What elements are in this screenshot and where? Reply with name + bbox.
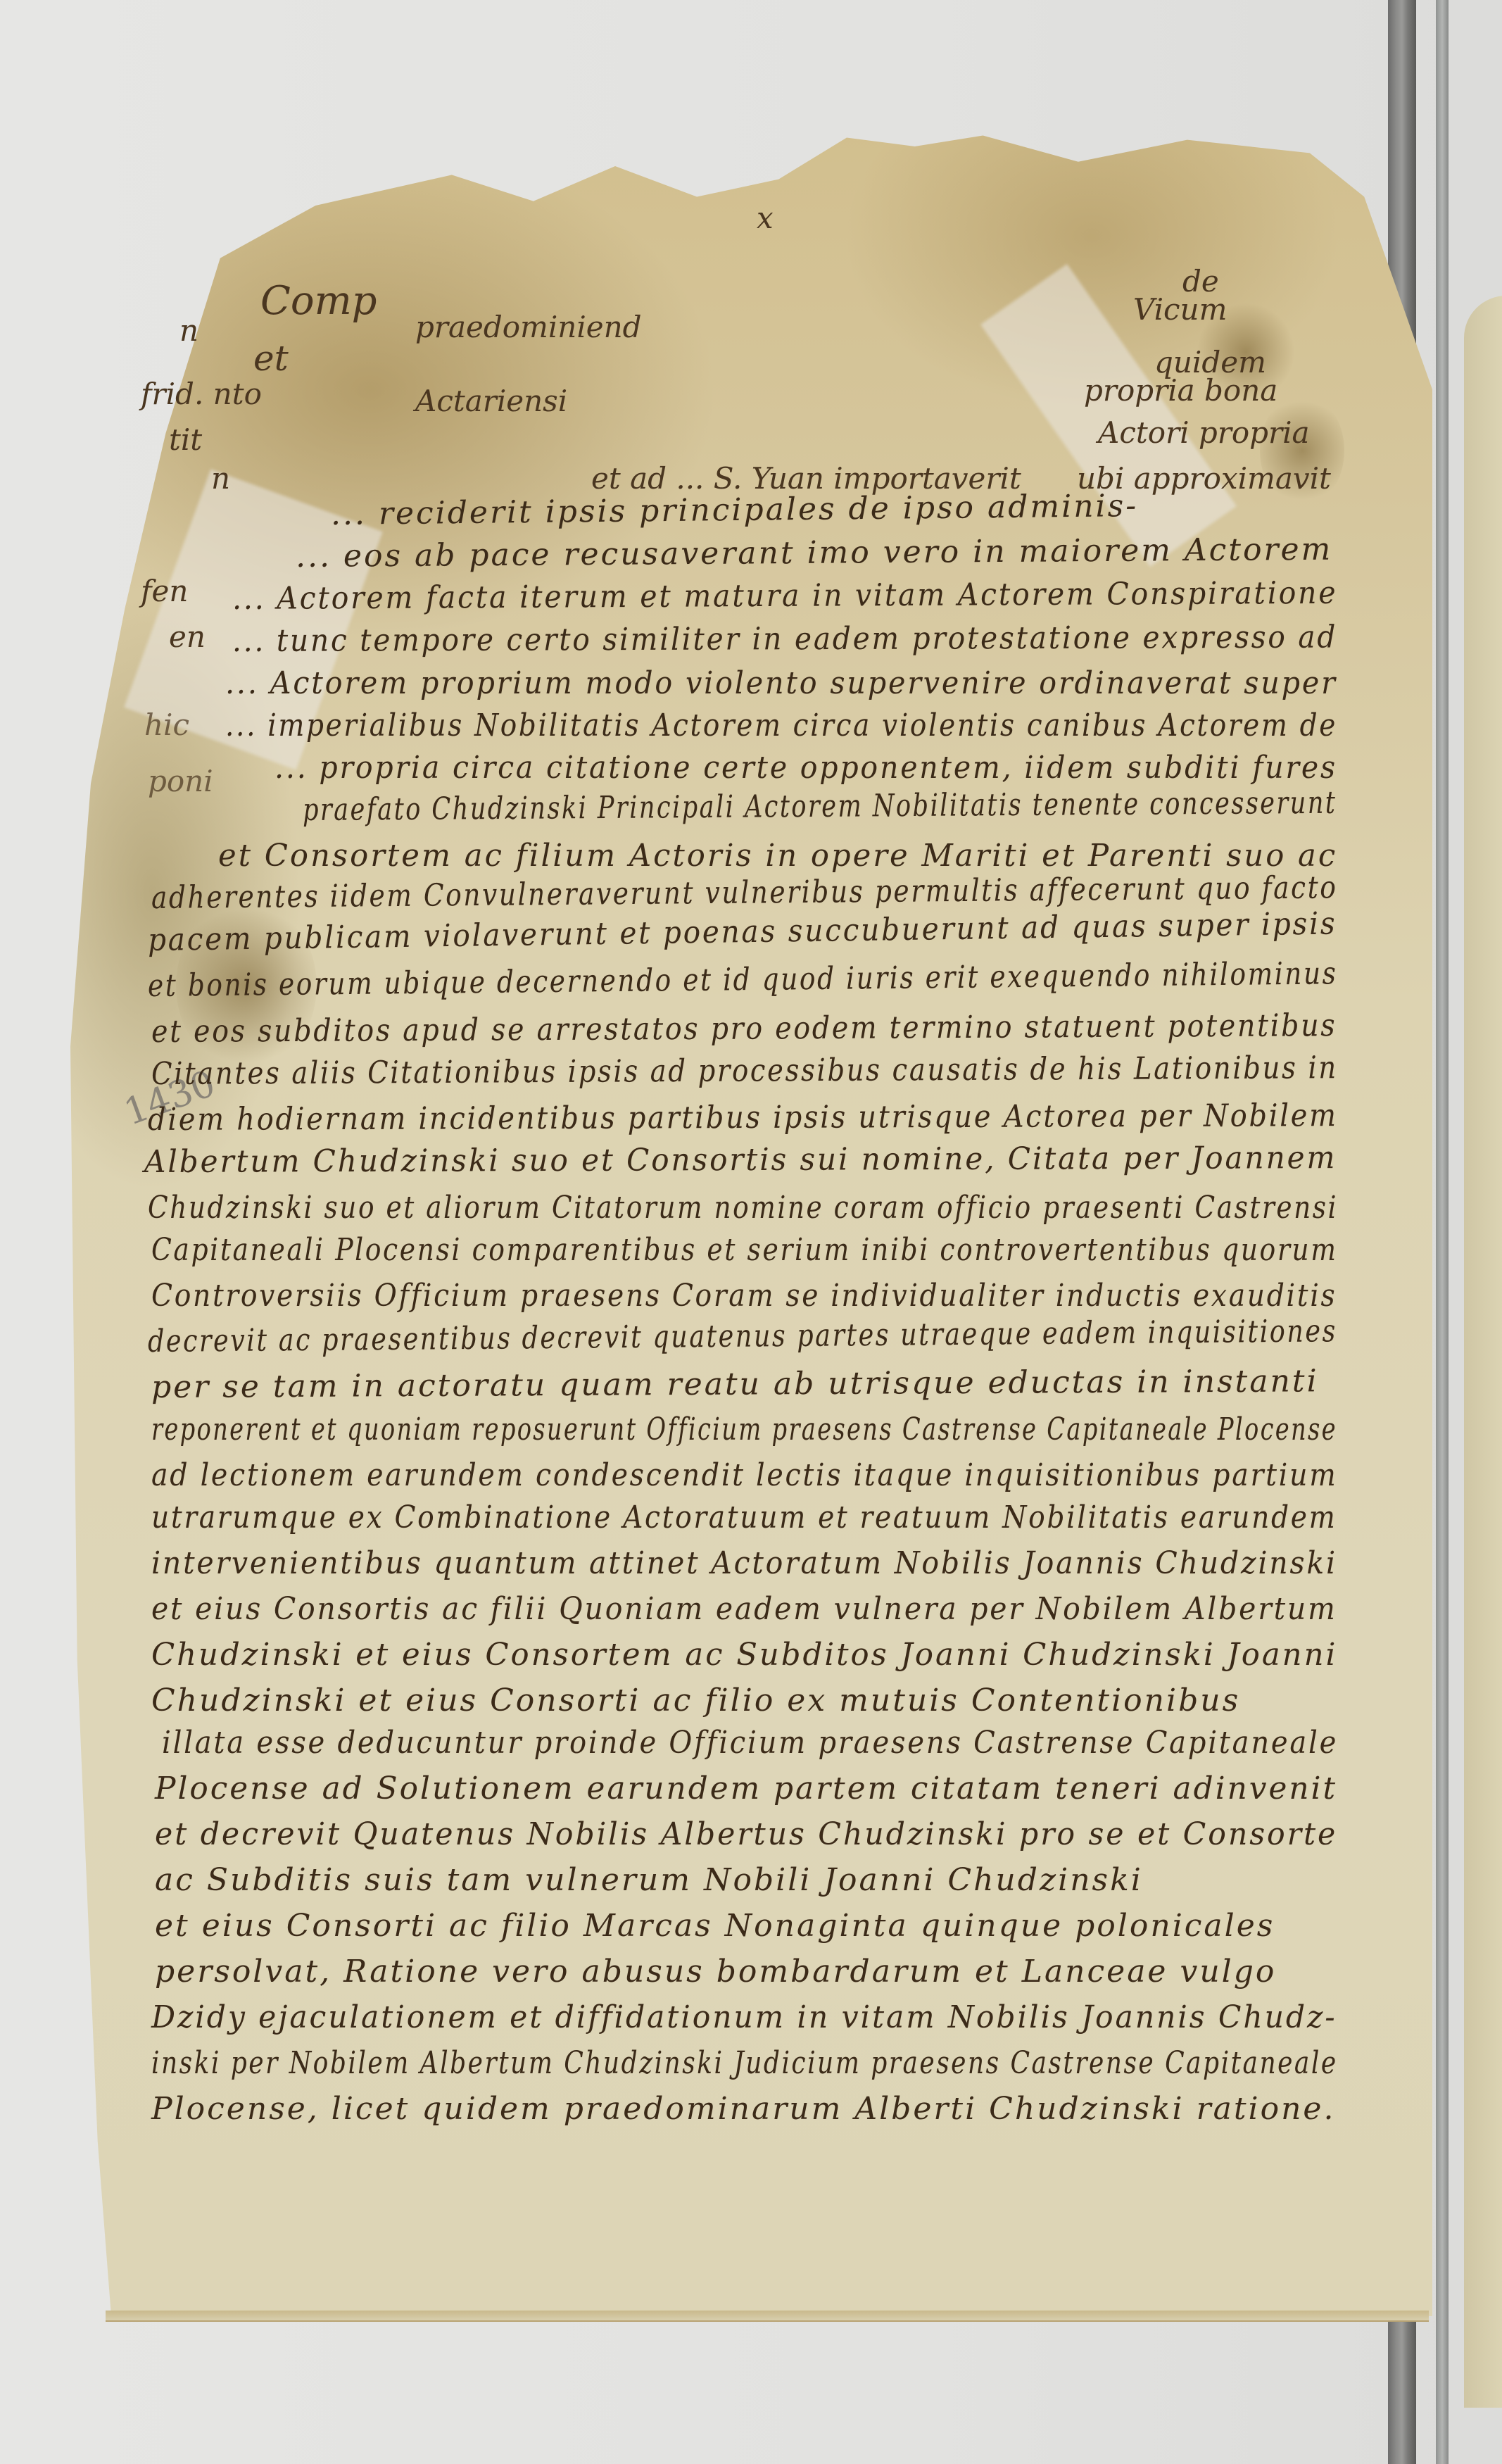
text-line: reponerent et quoniam reposuerunt Offici… xyxy=(151,1412,1337,1447)
text-line: Chudzinski suo et aliorum Citatorum nomi… xyxy=(148,1190,1338,1226)
text-line: ac Subditis suis tam vulnerum Nobili Joa… xyxy=(155,1862,1143,1898)
text-line: et eius Consortis ac filii Quoniam eadem… xyxy=(151,1591,1337,1627)
margin-note: en xyxy=(169,620,206,654)
fragment-left: Comp xyxy=(260,278,377,324)
text-line: ... eos ab pace recusaverant imo vero in… xyxy=(296,532,1333,574)
text-line: et bonis eorum ubique decernendo et id q… xyxy=(148,955,1338,1004)
text-line: intervenientibus quantum attinet Actorat… xyxy=(151,1545,1337,1581)
margin-note: hic xyxy=(144,708,189,742)
text-line: Plocense ad Solutionem earundem partem c… xyxy=(155,1771,1337,1806)
text-line: Capitaneali Plocensi comparentibus et se… xyxy=(151,1232,1338,1268)
text-line: ... Actorem facta iterum et matura in vi… xyxy=(232,575,1338,617)
text-line: Albertum Chudzinski suo et Consortis sui… xyxy=(144,1140,1337,1180)
text-line: et eos subditos apud se arrestatos pro e… xyxy=(151,1007,1337,1050)
fragment-right: Actori propria xyxy=(1098,415,1310,450)
fragment-middle: praedominiend xyxy=(415,310,642,344)
text-line: Chudzinski et eius Consortem ac Subditos… xyxy=(151,1637,1337,1673)
text-line: Chudzinski et eius Consorti ac filio ex … xyxy=(151,1683,1240,1718)
fragment-left: tit xyxy=(169,422,202,457)
text-line: decrevit ac praesentibus decrevit quaten… xyxy=(148,1313,1337,1359)
text-line: ... Actorem proprium modo violento super… xyxy=(225,665,1337,701)
text-line: ad lectionem earundem condescendit lecti… xyxy=(151,1457,1337,1493)
margin-note: poni xyxy=(148,764,213,798)
text-line: praefato Chudzinski Principali Actorem N… xyxy=(303,785,1337,828)
fragment-right: Vicum xyxy=(1133,292,1227,327)
text-line: ... propria circa citatione certe oppone… xyxy=(274,750,1337,786)
manuscript-text: x Comp praedominiend de Vicum et quidem … xyxy=(0,0,1502,2464)
text-line: Plocense, licet quidem praedominarum Alb… xyxy=(151,2091,1335,2127)
margin-note: fen xyxy=(141,574,188,608)
fragment-left: et xyxy=(253,338,289,379)
text-line: ... reciderit ipsis principales de ipso … xyxy=(331,488,1139,532)
text-line: et Consortem ac filium Actoris in opere … xyxy=(218,838,1337,874)
text-line: inski per Nobilem Albertum Chudzinski Ju… xyxy=(151,2045,1338,2081)
fragment-middle: Actariensi xyxy=(415,384,567,418)
text-line: illata esse deducuntur proinde Officium … xyxy=(162,1725,1338,1761)
text-line: utrarumque ex Combinatione Actoratuum et… xyxy=(151,1500,1337,1535)
text-line: Controversiis Officium praesens Coram se… xyxy=(151,1278,1337,1314)
header-mark: x xyxy=(757,201,774,235)
text-line: et decrevit Quatenus Nobilis Albertus Ch… xyxy=(155,1816,1337,1852)
text-line: persolvat, Ratione vero abusus bombardar… xyxy=(155,1954,1276,1990)
text-line: per se tam in actoratu quam reatu ab utr… xyxy=(151,1363,1319,1405)
text-line: et eius Consorti ac filio Marcas Nonagin… xyxy=(155,1908,1275,1944)
fragment-right: propria bona xyxy=(1084,373,1277,408)
text-line: diem hodiernam incidentibus partibus ips… xyxy=(148,1098,1338,1138)
margin-note: n xyxy=(179,313,198,348)
fragment-left: n xyxy=(211,461,230,496)
text-line: ... tunc tempore certo similiter in eade… xyxy=(232,620,1337,659)
text-line: Citantes aliis Citationibus ipsis ad pro… xyxy=(151,1050,1338,1092)
fragment-left: frid. nto xyxy=(141,377,262,411)
text-line: ... imperialibus Nobilitatis Actorem cir… xyxy=(225,708,1337,743)
text-line: Dzidy ejaculationem et diffidationum in … xyxy=(151,1999,1337,2035)
